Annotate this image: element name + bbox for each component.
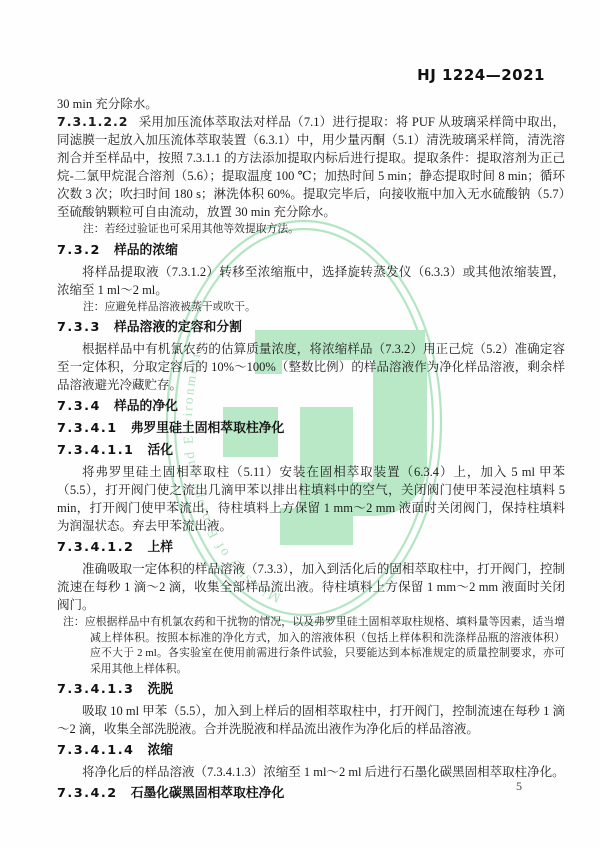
heading-title: 上样 [147,540,173,555]
standard-number-header: HJ 1224—2021 [417,66,545,84]
note-paragraph: 注：应避免样品溶液被蒸干或吹干。 [83,300,565,316]
heading-number: 7.3.4.1.2 [57,540,134,555]
page-number: 5 [516,779,522,794]
section-heading: 7.3.4.1.1活化 [57,442,565,460]
heading-number: 7.3.4.1.3 [57,682,134,697]
body-paragraph: 吸取 10 ml 甲苯（5.5），加入到上样后的固相萃取柱中，打开阀门，控制流速… [57,702,565,738]
section-heading: 7.3.4.2石墨化碳黑固相萃取柱净化 [57,785,565,803]
clause-text: 采用加压流体萃取法对样品（7.1）进行提取：将 PUF 从玻璃采样筒中取出，同滤… [57,115,565,219]
section-heading: 7.3.3样品溶液的定容和分割 [57,319,565,337]
heading-title: 洗脱 [147,682,173,697]
heading-title: 活化 [147,443,173,458]
body-paragraph: 7.3.1.2.2采用加压流体萃取法对样品（7.1）进行提取：将 PUF 从玻璃… [57,113,565,221]
clause-number: 7.3.1.2.2 [57,114,128,129]
body-paragraph: 30 min 充分除水。 [57,95,565,113]
content-area: 30 min 充分除水。7.3.1.2.2采用加压流体萃取法对样品（7.1）进行… [57,95,565,806]
heading-title: 弗罗里硅土固相萃取柱净化 [131,421,285,436]
heading-number: 7.3.4 [57,399,101,414]
note-paragraph: 注：若经过验证也可采用其他等效提取方法。 [83,222,565,238]
section-heading: 7.3.4.1.4浓缩 [57,742,565,760]
section-heading: 7.3.4样品的净化 [57,398,565,416]
section-heading: 7.3.4.1弗罗里硅土固相萃取柱净化 [57,420,565,438]
document-page: HJ 1224—2021 Ministry of Ecology and Env… [0,0,600,848]
section-heading: 7.3.4.1.3洗脱 [57,681,565,699]
note-paragraph: 注：应根据样品中有机氯农药和干扰物的情况，以及弗罗里硅土固相萃取柱规格、填料量等… [57,615,565,677]
section-heading: 7.3.2样品的浓缩 [57,242,565,260]
body-paragraph: 准确吸取一定体积的样品溶液（7.3.3），加入到活化后的固相萃取柱中，打开阀门，… [57,560,565,614]
heading-title: 石墨化碳黑固相萃取柱净化 [131,786,285,801]
heading-number: 7.3.3 [57,320,101,335]
heading-title: 样品的浓缩 [114,243,178,258]
body-paragraph: 将净化后的样品溶液（7.3.4.1.3）浓缩至 1 ml～2 ml 后进行石墨化… [57,763,565,781]
heading-number: 7.3.4.1 [57,421,118,436]
section-heading: 7.3.4.1.2上样 [57,539,565,557]
heading-title: 样品溶液的定容和分割 [114,320,242,335]
body-paragraph: 根据样品中有机氯农药的估算质量浓度，将浓缩样品（7.3.2）用正己烷（5.2）准… [57,340,565,394]
heading-number: 7.3.4.2 [57,786,118,801]
body-paragraph: 将弗罗里硅土固相萃取柱（5.11）安装在固相萃取装置（6.3.4）上，加入 5 … [57,463,565,535]
heading-number: 7.3.4.1.1 [57,443,134,458]
heading-title: 样品的净化 [114,399,178,414]
heading-title: 浓缩 [147,743,173,758]
heading-number: 7.3.4.1.4 [57,743,134,758]
body-paragraph: 将样品提取液（7.3.1.2）转移至浓缩瓶中，选择旋转蒸发仪（6.3.3）或其他… [57,263,565,299]
heading-number: 7.3.2 [57,243,101,258]
